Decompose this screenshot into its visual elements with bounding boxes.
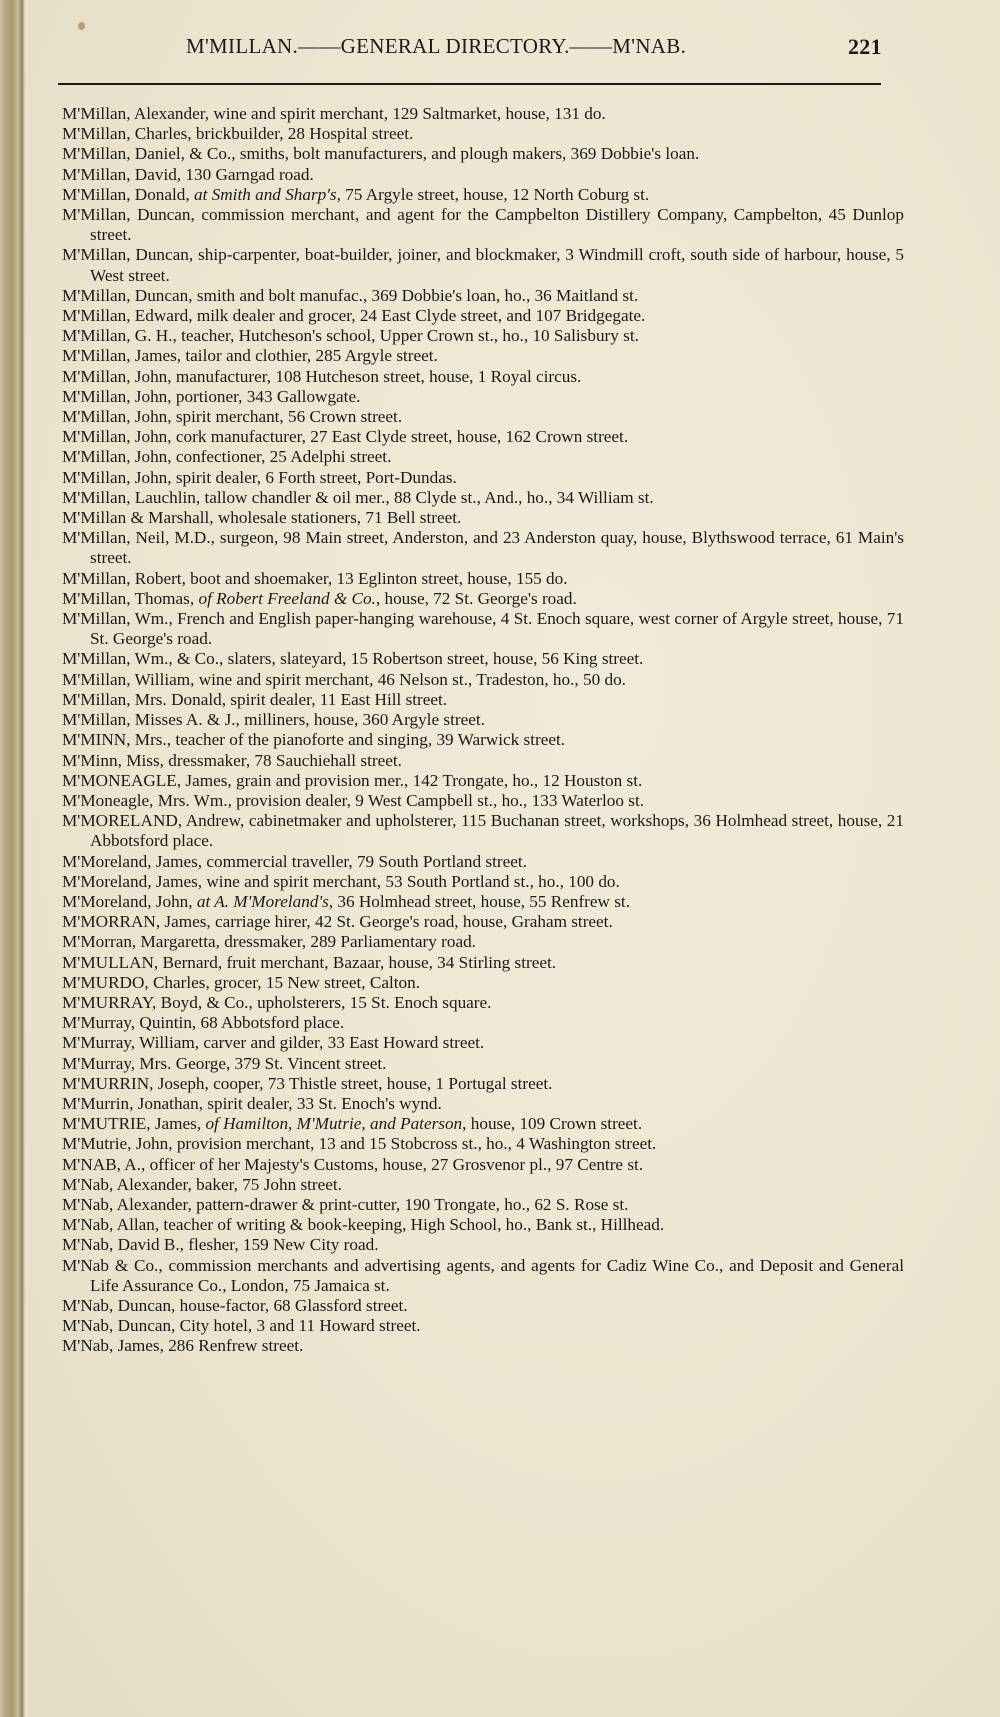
directory-entry: M'Minn, Miss, dressmaker, 78 Sauchiehall…: [62, 751, 904, 771]
entry-text: M'Moreland, John,: [62, 892, 197, 911]
directory-entry: M'Millan, Misses A. & J., milliners, hou…: [62, 710, 904, 730]
directory-entry: M'Millan, John, manufacturer, 108 Hutche…: [62, 367, 904, 387]
header-rule: [58, 83, 881, 85]
directory-entry: M'Murray, Quintin, 68 Abbotsford place.: [62, 1013, 904, 1033]
directory-entry: M'Nab, Alexander, baker, 75 John street.: [62, 1175, 904, 1195]
directory-entry: M'Moneagle, Mrs. Wm., provision dealer, …: [62, 791, 904, 811]
entry-text: , house, 109 Crown street.: [462, 1114, 642, 1133]
directory-entry: M'Millan, John, spirit dealer, 6 Forth s…: [62, 468, 904, 488]
directory-entry: M'Millan, David, 130 Garngad road.: [62, 165, 904, 185]
directory-entry: M'Millan, Wm., & Co., slaters, slateyard…: [62, 649, 904, 669]
directory-entry: M'Millan, Alexander, wine and spirit mer…: [62, 104, 904, 124]
entry-firm-italic: of Hamilton, M'Mutrie, and Paterson: [205, 1114, 462, 1133]
directory-entry: M'Murray, Mrs. George, 379 St. Vincent s…: [62, 1054, 904, 1074]
directory-entry: M'Millan, Edward, milk dealer and grocer…: [62, 306, 904, 326]
directory-entry: M'Millan, Duncan, smith and bolt manufac…: [62, 286, 904, 306]
directory-entry: M'Millan, Neil, M.D., surgeon, 98 Main s…: [62, 528, 904, 568]
directory-entry: M'MURDO, Charles, grocer, 15 New street,…: [62, 973, 904, 993]
directory-entry: M'Nab, James, 286 Renfrew street.: [62, 1336, 904, 1356]
book-binding-edge: [0, 0, 28, 1717]
directory-entry: M'Millan, John, spirit merchant, 56 Crow…: [62, 407, 904, 427]
entry-firm-italic: at Smith and Sharp's: [194, 185, 337, 204]
directory-entry: M'MORELAND, Andrew, cabinetmaker and uph…: [62, 811, 904, 851]
directory-entry: M'Murray, William, carver and gilder, 33…: [62, 1033, 904, 1053]
directory-entry: M'Nab, David B., flesher, 159 New City r…: [62, 1235, 904, 1255]
entry-text: M'MUTRIE, James,: [62, 1114, 205, 1133]
directory-entry: M'Nab, Duncan, house-factor, 68 Glassfor…: [62, 1296, 904, 1316]
directory-entry: M'Millan, Duncan, ship-carpenter, boat-b…: [62, 245, 904, 285]
directory-entry: M'Millan, Duncan, commission merchant, a…: [62, 205, 904, 245]
directory-entry: M'Moreland, James, commercial traveller,…: [62, 852, 904, 872]
directory-entry: M'Millan, William, wine and spirit merch…: [62, 670, 904, 690]
entry-text: 36 Holmhead street, house, 55 Renfrew st…: [333, 892, 630, 911]
directory-entry: M'Morran, Margaretta, dressmaker, 289 Pa…: [62, 932, 904, 952]
foxing-spot: [78, 22, 85, 30]
directory-entry: M'MORRAN, James, carriage hirer, 42 St. …: [62, 912, 904, 932]
directory-entry: M'Millan, John, portioner, 343 Gallowgat…: [62, 387, 904, 407]
directory-entry: M'Millan, James, tailor and clothier, 28…: [62, 346, 904, 366]
directory-entry: M'Moreland, John, at A. M'Moreland's, 36…: [62, 892, 904, 912]
entry-text: M'Millan, Thomas,: [62, 589, 198, 608]
directory-entry: M'MUTRIE, James, of Hamilton, M'Mutrie, …: [62, 1114, 904, 1134]
running-head-title: M'MILLAN.——GENERAL DIRECTORY.——M'NAB.: [186, 34, 686, 59]
directory-entry: M'Moreland, James, wine and spirit merch…: [62, 872, 904, 892]
directory-entry: M'Nab, Duncan, City hotel, 3 and 11 Howa…: [62, 1316, 904, 1336]
directory-entry: M'MULLAN, Bernard, fruit merchant, Bazaa…: [62, 953, 904, 973]
directory-entry: M'Millan, Charles, brickbuilder, 28 Hosp…: [62, 124, 904, 144]
page-number: 221: [848, 34, 882, 60]
directory-entry: M'MONEAGLE, James, grain and provision m…: [62, 771, 904, 791]
directory-entry: M'Millan, Lauchlin, tallow chandler & oi…: [62, 488, 904, 508]
entry-text: M'Millan, Donald,: [62, 185, 194, 204]
directory-entry: M'Millan, Mrs. Donald, spirit dealer, 11…: [62, 690, 904, 710]
directory-entry: M'MURRIN, Joseph, cooper, 73 Thistle str…: [62, 1074, 904, 1094]
directory-entry: M'MURRAY, Boyd, & Co., upholsterers, 15 …: [62, 993, 904, 1013]
directory-entry: M'Mutrie, John, provision merchant, 13 a…: [62, 1134, 904, 1154]
directory-page: M'MILLAN.——GENERAL DIRECTORY.——M'NAB. 22…: [0, 0, 1000, 1717]
directory-entry: M'Millan, Daniel, & Co., smiths, bolt ma…: [62, 144, 904, 164]
directory-entry: M'Nab, Alexander, pattern-drawer & print…: [62, 1195, 904, 1215]
directory-entry: M'Millan, Wm., French and English paper-…: [62, 609, 904, 649]
directory-entry: M'Nab, Allan, teacher of writing & book-…: [62, 1215, 904, 1235]
directory-entry: M'Millan & Marshall, wholesale stationer…: [62, 508, 904, 528]
running-head: M'MILLAN.——GENERAL DIRECTORY.——M'NAB. 22…: [186, 34, 906, 64]
directory-entry: M'Millan, John, confectioner, 25 Adelphi…: [62, 447, 904, 467]
directory-entry: M'Murrin, Jonathan, spirit dealer, 33 St…: [62, 1094, 904, 1114]
directory-entry: M'Millan, Thomas, of Robert Freeland & C…: [62, 589, 904, 609]
directory-entry: M'MINN, Mrs., teacher of the pianoforte …: [62, 730, 904, 750]
entry-text: , house, 72 St. George's road.: [376, 589, 577, 608]
directory-entry: M'Nab & Co., commission merchants and ad…: [62, 1256, 904, 1296]
entry-firm-italic: at A. M'Moreland's,: [197, 892, 333, 911]
directory-entry: M'Millan, John, cork manufacturer, 27 Ea…: [62, 427, 904, 447]
directory-entry: M'Millan, Donald, at Smith and Sharp's, …: [62, 185, 904, 205]
entry-firm-italic: of Robert Freeland & Co.: [198, 589, 375, 608]
directory-entry: M'NAB, A., officer of her Majesty's Cust…: [62, 1155, 904, 1175]
directory-entries: M'Millan, Alexander, wine and spirit mer…: [62, 104, 904, 1357]
directory-entry: M'Millan, Robert, boot and shoemaker, 13…: [62, 569, 904, 589]
directory-entry: M'Millan, G. H., teacher, Hutcheson's sc…: [62, 326, 904, 346]
entry-text: , 75 Argyle street, house, 12 North Cobu…: [337, 185, 650, 204]
